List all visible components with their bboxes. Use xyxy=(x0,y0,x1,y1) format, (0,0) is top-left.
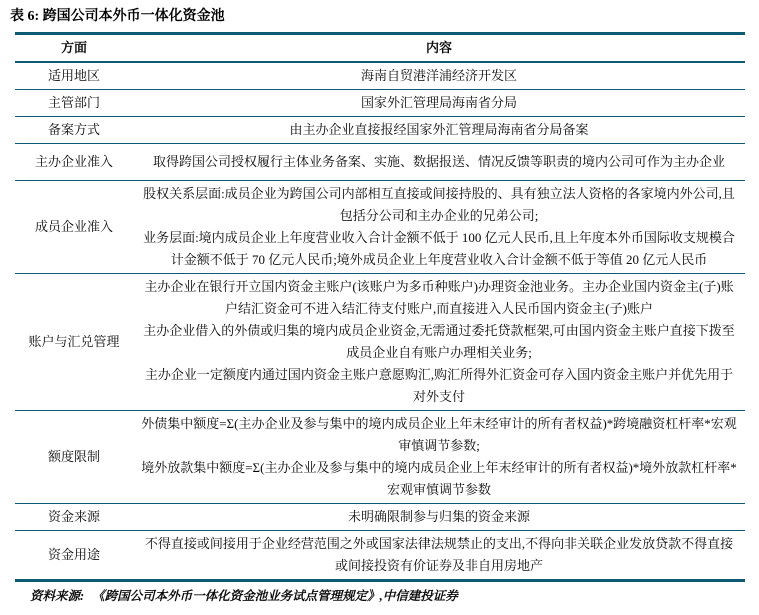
content-cell: 不得直接或间接用于企业经营范围之外或国家法律法规禁止的支出,不得向非关联企业发放… xyxy=(133,531,745,579)
table-title: 表 6: 跨国公司本外币一体化资金池 xyxy=(8,5,745,32)
table-row-filing-method: 备案方式 由主办企业直接报经国家外汇管理局海南省分局备案 xyxy=(15,117,745,144)
content-paragraph: 未明确限制参与归集的资金来源 xyxy=(141,506,737,528)
content-cell: 股权关系层面:成员企业为跨国公司内部相互直接或间接持股的、具有独立法人资格的各家… xyxy=(133,181,745,273)
column-header-content: 内容 xyxy=(133,35,745,61)
content-paragraph: 由主办企业直接报经国家外汇管理局海南省分局备案 xyxy=(141,119,737,141)
cash-pool-table: 方面 内容 适用地区 海南自贸港洋浦经济开发区 主管部门 国家外汇管理局海南省分… xyxy=(15,32,745,582)
report-page: 表 6: 跨国公司本外币一体化资金池 方面 内容 适用地区 海南自贸港洋浦经济开… xyxy=(0,0,759,605)
content-paragraph: 不得直接或间接用于企业经营范围之外或国家法律法规禁止的支出,不得向非关联企业发放… xyxy=(141,533,737,577)
table-row-applicable-region: 适用地区 海南自贸港洋浦经济开发区 xyxy=(15,63,745,90)
source-label: 资料来源: xyxy=(30,589,84,603)
content-paragraph: 股权关系层面:成员企业为跨国公司内部相互直接或间接持股的、具有独立法人资格的各家… xyxy=(141,183,737,227)
content-paragraph: 主办企业一定额度内通过国内资金主账户意愿购汇,购汇所得外汇资金可存入国内资金主账… xyxy=(141,364,737,408)
content-paragraph: 业务层面:境内成员企业上年度营业收入合计金额不低于 100 亿元人民币,且上年度… xyxy=(141,227,737,271)
content-paragraph: 国家外汇管理局海南省分局 xyxy=(141,92,737,114)
content-cell: 由主办企业直接报经国家外汇管理局海南省分局备案 xyxy=(133,117,745,143)
content-cell: 未明确限制参与归集的资金来源 xyxy=(133,504,745,530)
aspect-label: 备案方式 xyxy=(15,117,133,143)
content-paragraph: 外债集中额度=Σ(主办企业及参与集中的境内成员企业上年末经审计的所有者权益)*跨… xyxy=(141,413,737,457)
aspect-label: 主管部门 xyxy=(15,90,133,116)
table-row-fund-usage: 资金用途 不得直接或间接用于企业经营范围之外或国家法律法规禁止的支出,不得向非关… xyxy=(15,531,745,579)
content-paragraph: 海南自贸港洋浦经济开发区 xyxy=(141,65,737,87)
content-paragraph: 境外放款集中额度=Σ(主办企业及参与集中的境内成员企业上年末经审计的所有者权益)… xyxy=(141,457,737,501)
content-paragraph: 主办企业在银行开立国内资金主账户(该账户为多币种账户)办理资金池业务。主办企业国… xyxy=(141,276,737,320)
table-row-member-enterprise-access: 成员企业准入 股权关系层面:成员企业为跨国公司内部相互直接或间接持股的、具有独立… xyxy=(15,181,745,274)
aspect-label: 资金来源 xyxy=(15,504,133,530)
aspect-label: 主办企业准入 xyxy=(15,144,133,180)
content-paragraph: 主办企业借入的外债或归集的境内成员企业资金,无需通过委托贷款框架,可由国内资金主… xyxy=(141,320,737,364)
table-row-fund-source: 资金来源 未明确限制参与归集的资金来源 xyxy=(15,504,745,531)
table-row-quota-limits: 额度限制 外债集中额度=Σ(主办企业及参与集中的境内成员企业上年末经审计的所有者… xyxy=(15,411,745,504)
aspect-label: 成员企业准入 xyxy=(15,181,133,273)
content-cell: 外债集中额度=Σ(主办企业及参与集中的境内成员企业上年末经审计的所有者权益)*跨… xyxy=(133,411,745,503)
source-text: 《跨国公司本外币一体化资金池业务试点管理规定》,中信建投证券 xyxy=(92,589,458,603)
aspect-label: 额度限制 xyxy=(15,411,133,503)
content-cell: 国家外汇管理局海南省分局 xyxy=(133,90,745,116)
aspect-label: 账户与汇兑管理 xyxy=(15,274,133,410)
source-note: 资料来源:《跨国公司本外币一体化资金池业务试点管理规定》,中信建投证券 xyxy=(30,587,745,605)
aspect-label: 适用地区 xyxy=(15,63,133,89)
table-header-row: 方面 内容 xyxy=(15,35,745,63)
table-row-account-exchange-management: 账户与汇兑管理 主办企业在银行开立国内资金主账户(该账户为多币种账户)办理资金池… xyxy=(15,274,745,411)
table-row-competent-authority: 主管部门 国家外汇管理局海南省分局 xyxy=(15,90,745,117)
column-header-aspect: 方面 xyxy=(15,35,133,61)
content-paragraph: 取得跨国公司授权履行主体业务备案、实施、数据报送、情况反馈等职责的境内公司可作为… xyxy=(141,151,737,173)
table-row-host-enterprise-access: 主办企业准入 取得跨国公司授权履行主体业务备案、实施、数据报送、情况反馈等职责的… xyxy=(15,144,745,181)
content-cell: 海南自贸港洋浦经济开发区 xyxy=(133,63,745,89)
aspect-label: 资金用途 xyxy=(15,531,133,579)
content-cell: 主办企业在银行开立国内资金主账户(该账户为多币种账户)办理资金池业务。主办企业国… xyxy=(133,274,745,410)
content-cell: 取得跨国公司授权履行主体业务备案、实施、数据报送、情况反馈等职责的境内公司可作为… xyxy=(133,144,745,180)
